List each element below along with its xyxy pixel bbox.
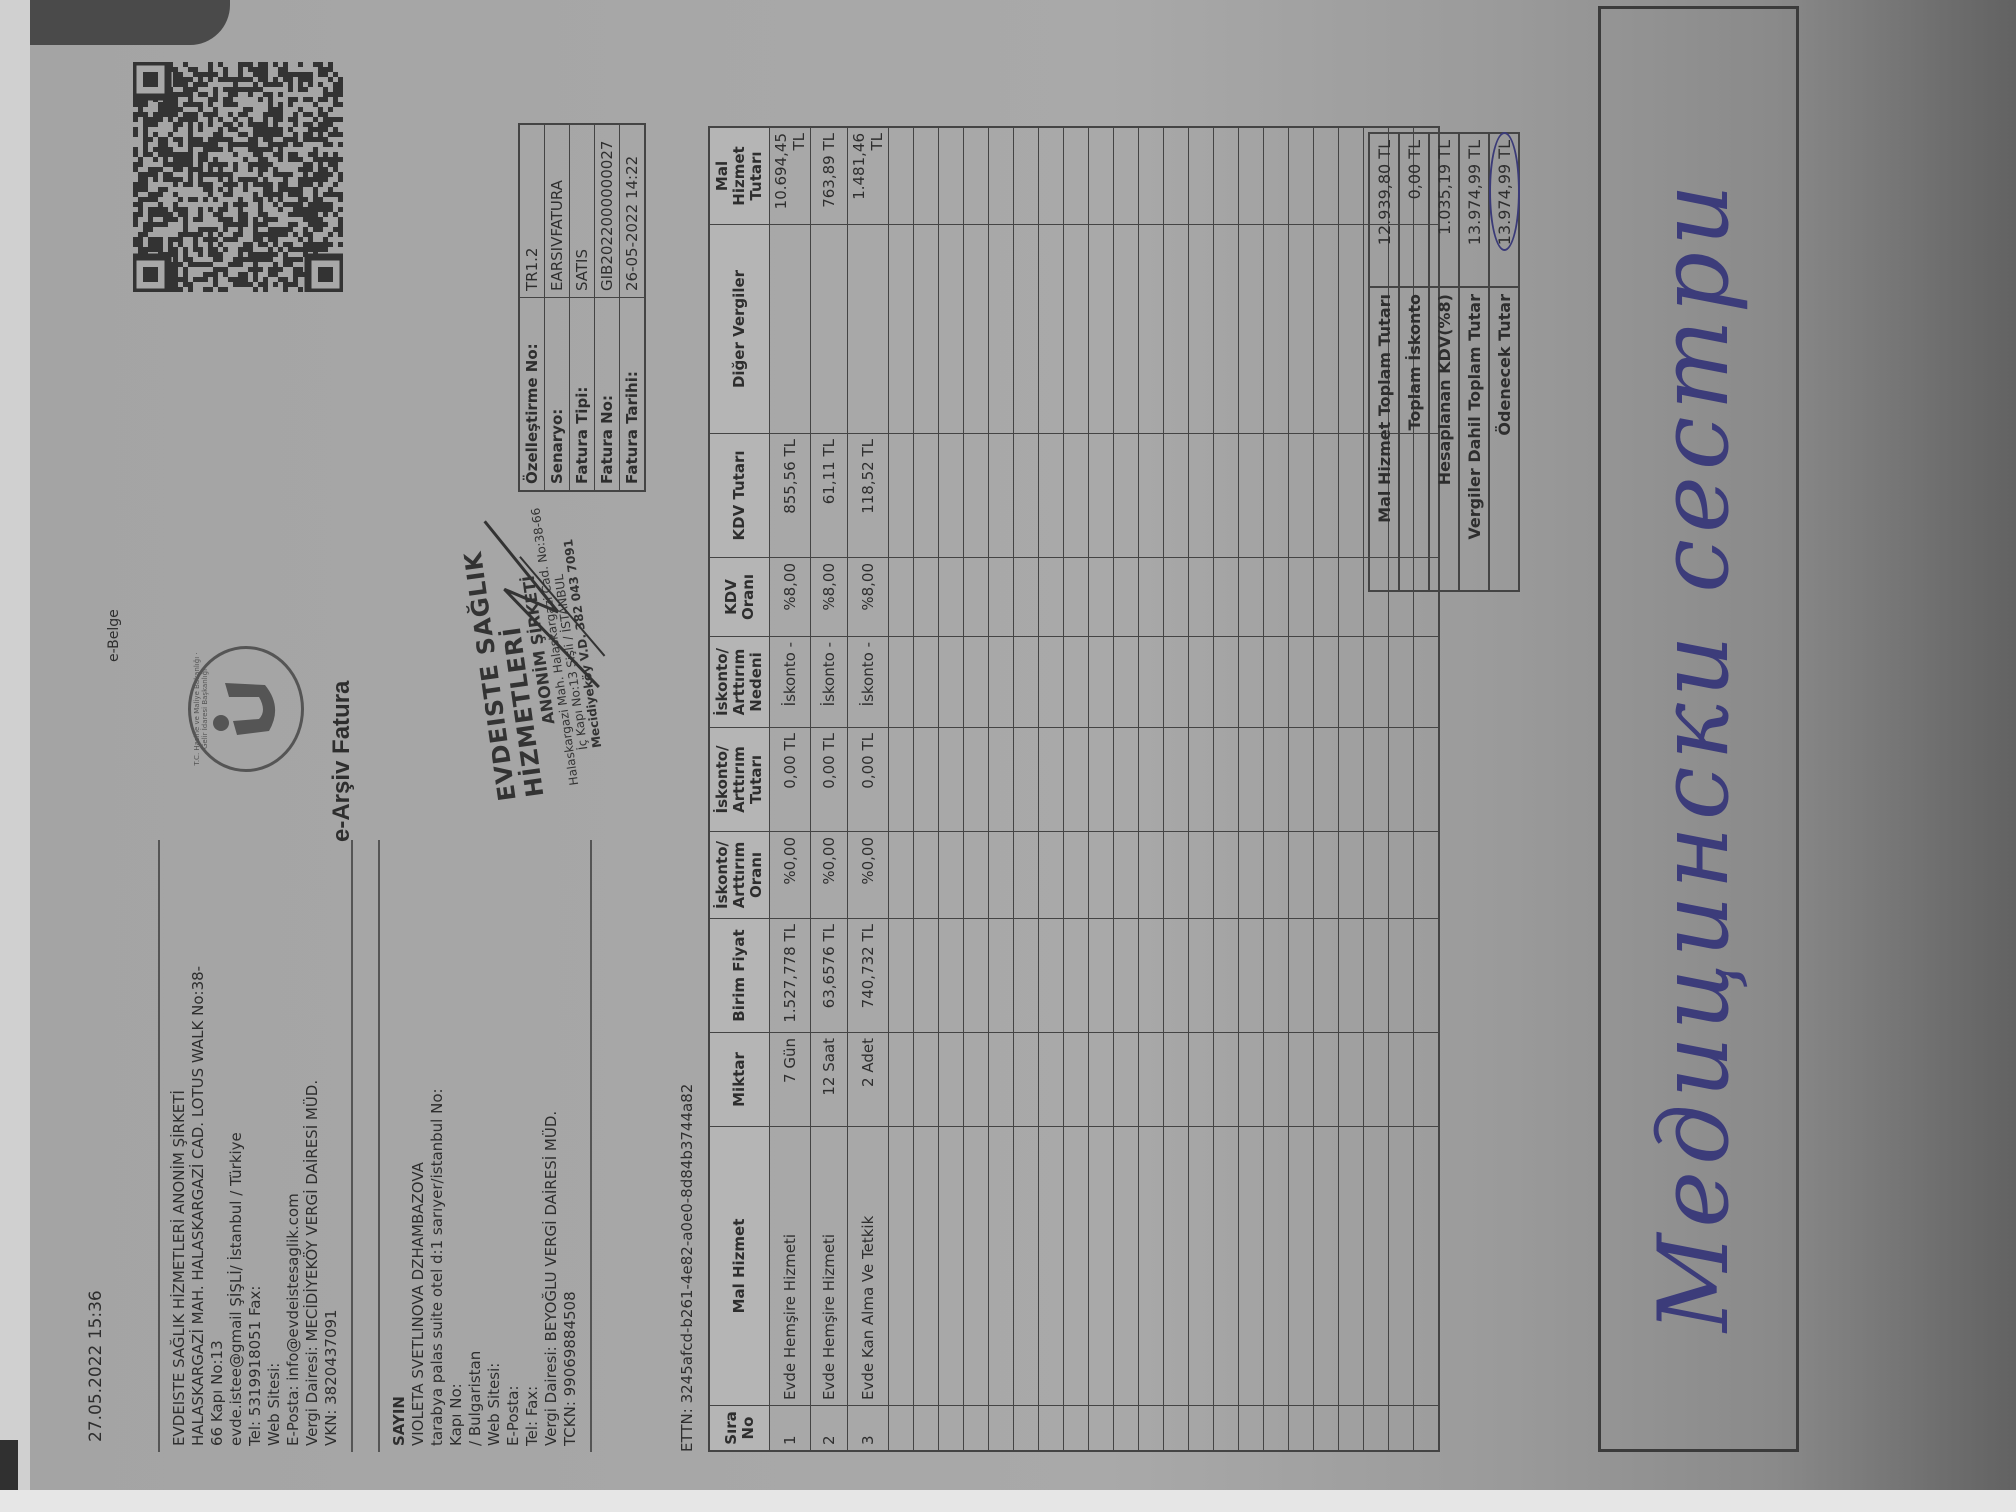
empty-cell [889,637,914,728]
empty-cell [989,225,1014,434]
totals-value: 1.035,19 TL [1429,133,1459,287]
empty-cell [1139,728,1164,832]
empty-cell [1414,832,1440,919]
empty-cell [1364,1406,1389,1452]
empty-cell [1014,1033,1039,1127]
empty-row [1314,127,1339,1451]
empty-cell [939,919,964,1033]
empty-cell [939,1127,964,1406]
empty-cell [1339,1406,1364,1452]
buyer-line: VIOLETA SVETLINOVA DZHAMBAZOVA [409,846,428,1446]
empty-row [989,127,1014,1451]
table-row: 2Evde Hemşire Hizmeti12 Saat63,6576 TL%0… [811,127,848,1451]
empty-cell [989,434,1014,558]
empty-cell [1364,1127,1389,1406]
totals-row: Mal Hizmet Toplam Tutarı12.939,80 TL [1369,133,1399,591]
col-miktar: Miktar [709,1033,770,1127]
qr-code-icon [133,62,343,292]
cell-iskonto-orani: %0,00 [848,832,889,919]
meta-value: EARSIVFATURA [545,124,570,298]
cell-miktar: 12 Saat [811,1033,848,1127]
empty-cell [964,127,989,225]
empty-cell [1239,434,1264,558]
empty-cell [1239,832,1264,919]
amount: 12.939,80 TL [1375,140,1394,245]
empty-cell [1214,1406,1239,1452]
empty-cell [1189,1033,1214,1127]
cell-birim-fiyat: 63,6576 TL [811,919,848,1033]
buyer-line: / Bulgaristan [466,846,485,1446]
seller-line: VKN: 3820437091 [322,846,341,1446]
seller-line: Web Sitesi: [265,846,284,1446]
totals-row: Vergiler Dahil Toplam Tutar13.974,99 TL [1459,133,1489,591]
seller-line: E-Posta: info@evdeistesaglik.com [284,846,303,1446]
cell-diger-vergiler [770,225,811,434]
empty-cell [1164,434,1189,558]
empty-cell [1364,1033,1389,1127]
empty-cell [1139,1406,1164,1452]
empty-cell [1014,637,1039,728]
empty-cell [1114,434,1139,558]
empty-cell [964,728,989,832]
cell-iskonto-nedeni: İskonto - [770,637,811,728]
empty-cell [1164,728,1189,832]
empty-cell [1414,1406,1440,1452]
empty-cell [1164,1127,1189,1406]
empty-cell [939,127,964,225]
seller-line: 66 Kapı No:13 [208,846,227,1446]
empty-cell [1289,1033,1314,1127]
empty-cell [1339,1033,1364,1127]
empty-cell [1214,127,1239,225]
empty-cell [1039,832,1064,919]
empty-cell [1189,919,1214,1033]
empty-cell [1189,1406,1214,1452]
empty-cell [1039,1127,1064,1406]
empty-cell [1189,1127,1214,1406]
logo-ring-text: T.C. Hazine ve Maliye Bakanlığı · Gelir … [193,649,209,769]
empty-cell [1264,225,1289,434]
empty-cell [1114,832,1139,919]
empty-cell [1389,919,1414,1033]
empty-cell [1089,434,1114,558]
meta-label: Fatura Tipi: [570,298,595,492]
empty-cell [1114,1406,1139,1452]
empty-cell [1014,225,1039,434]
empty-cell [1239,225,1264,434]
empty-row [1014,127,1039,1451]
empty-cell [1339,1127,1364,1406]
empty-cell [1089,832,1114,919]
empty-cell [1064,558,1089,637]
totals-label: Mal Hizmet Toplam Tutarı [1369,287,1399,591]
seller-line: HALASKARGAZİ MAH. HALASKARGAZİ CAD. LOTU… [189,846,208,1446]
totals-label: Toplam İskonto [1399,287,1429,591]
cell-iskonto-tutari: 0,00 TL [848,728,889,832]
buyer-line: Tel: Fax: [523,846,542,1446]
seller-info: EVDEISTE SAĞLIK HİZMETLERİ ANONİM ŞİRKET… [158,840,353,1452]
empty-cell [889,832,914,919]
empty-cell [989,1127,1014,1406]
amount: 1.035,19 TL [1435,140,1454,235]
empty-cell [1014,1127,1039,1406]
empty-row [1214,127,1239,1451]
empty-cell [1064,1127,1089,1406]
col-kdv-orani: KDV Oranı [709,558,770,637]
items-table: Sıra No Mal Hizmet Miktar Birim Fiyat İs… [708,126,1440,1452]
empty-cell [1364,728,1389,832]
empty-cell [1239,637,1264,728]
empty-cell [1064,637,1089,728]
empty-cell [1039,637,1064,728]
empty-row [914,127,939,1451]
empty-cell [1039,1406,1064,1452]
empty-cell [1314,127,1339,225]
empty-cell [1064,832,1089,919]
empty-cell [1089,558,1114,637]
cell-miktar: 7 Gün [770,1033,811,1127]
empty-cell [1039,558,1064,637]
empty-cell [1039,225,1064,434]
empty-cell [1239,558,1264,637]
cell-kdv-orani: %8,00 [811,558,848,637]
empty-cell [1139,127,1164,225]
empty-cell [1014,832,1039,919]
meta-label: Fatura No: [595,298,620,492]
buyer-info: SAYIN VIOLETA SVETLINOVA DZHAMBAZOVAtara… [378,840,592,1452]
empty-row [1114,127,1139,1451]
scan-margin-bottom [0,1490,2016,1512]
empty-cell [1339,127,1364,225]
empty-cell [1164,1406,1189,1452]
empty-cell [1039,919,1064,1033]
meta-row: Fatura No:GIB2022000000027 [595,124,620,491]
col-diger-vergiler: Diğer Vergiler [709,225,770,434]
meta-value: 26-05-2022 14:22 [620,124,646,298]
empty-cell [964,919,989,1033]
shadow-edge [0,1440,18,1490]
empty-cell [889,1127,914,1406]
empty-cell [989,919,1014,1033]
empty-cell [1114,728,1139,832]
empty-cell [1139,434,1164,558]
totals-label: Hesaplanan KDV(%8) [1429,287,1459,591]
col-iskonto-tutari: İskonto/ Arttırım Tutarı [709,728,770,832]
empty-cell [1289,832,1314,919]
empty-row [1339,127,1364,1451]
cell-iskonto-nedeni: İskonto - [811,637,848,728]
table-row: 3Evde Kan Alma Ve Tetkik2 Adet740,732 TL… [848,127,889,1451]
empty-row [964,127,989,1451]
empty-cell [989,832,1014,919]
empty-cell [939,434,964,558]
empty-cell [1314,434,1339,558]
totals-table: Mal Hizmet Toplam Tutarı12.939,80 TLTopl… [1368,132,1520,592]
empty-cell [889,558,914,637]
invoice-page: 27.05.2022 15:36 e-Belge EVDEISTE SAĞLIK… [38,2,1998,1492]
empty-cell [1264,127,1289,225]
empty-cell [1364,637,1389,728]
empty-cell [914,832,939,919]
empty-cell [1389,1033,1414,1127]
empty-cell [1014,1406,1039,1452]
empty-cell [1189,127,1214,225]
meta-label: Fatura Tarihi: [620,298,646,492]
gib-glyph-icon [209,681,279,741]
empty-cell [1364,832,1389,919]
empty-cell [1314,728,1339,832]
empty-cell [1389,832,1414,919]
empty-cell [1164,637,1189,728]
empty-cell [1064,1406,1089,1452]
empty-cell [1014,919,1039,1033]
empty-cell [1189,558,1214,637]
empty-cell [1214,434,1239,558]
empty-cell [964,832,989,919]
empty-cell [914,728,939,832]
empty-cell [1139,558,1164,637]
meta-row: Fatura Tipi:SATIS [570,124,595,491]
cell-sira: 3 [848,1406,889,1452]
document-title: e-Arşiv Fatura [328,681,356,842]
empty-cell [914,637,939,728]
empty-cell [989,558,1014,637]
buyer-line: E-Posta: [504,846,523,1446]
empty-cell [914,127,939,225]
empty-cell [1339,728,1364,832]
empty-cell [1089,1127,1114,1406]
empty-cell [889,1406,914,1452]
empty-cell [1139,1033,1164,1127]
empty-cell [1189,832,1214,919]
cell-mal-hizmet: Evde Hemşire Hizmeti [811,1127,848,1406]
totals-value: 13.974,99 TL [1489,133,1519,287]
empty-cell [1214,558,1239,637]
col-kdv-tutari: KDV Tutarı [709,434,770,558]
empty-cell [1214,919,1239,1033]
empty-cell [1339,225,1364,434]
cell-mal-hizmet-tutari: 763,89 TL [811,127,848,225]
empty-cell [914,558,939,637]
empty-cell [1264,832,1289,919]
empty-row [1089,127,1114,1451]
empty-cell [1264,434,1289,558]
empty-cell [1264,637,1289,728]
empty-cell [1389,728,1414,832]
empty-cell [1114,558,1139,637]
empty-cell [1414,637,1440,728]
empty-cell [1239,1406,1264,1452]
empty-cell [1314,1406,1339,1452]
empty-cell [1339,558,1364,637]
empty-row [1064,127,1089,1451]
empty-cell [1064,1033,1089,1127]
cell-iskonto-orani: %0,00 [811,832,848,919]
empty-cell [1089,1406,1114,1452]
empty-cell [939,225,964,434]
empty-cell [914,225,939,434]
empty-cell [1214,1033,1239,1127]
buyer-line: Vergi Dairesi: BEYOĞLU VERGİ DAİRESİ MÜD… [542,846,561,1446]
empty-cell [1289,558,1314,637]
empty-cell [1389,637,1414,728]
totals-value: 0,00 TL [1399,133,1429,287]
empty-cell [1239,127,1264,225]
cell-iskonto-tutari: 0,00 TL [770,728,811,832]
empty-cell [1064,728,1089,832]
empty-cell [1214,832,1239,919]
col-mal-hizmet-tutari: Mal Hizmet Tutarı [709,127,770,225]
empty-cell [1014,434,1039,558]
totals-label: Ödenecek Tutar [1489,287,1519,591]
empty-cell [1314,225,1339,434]
totals-row: Toplam İskonto0,00 TL [1399,133,1429,591]
ettn: ETTN: 3245afcd-b261-4e82-a0e0-8d84b3744a… [678,1084,696,1452]
empty-cell [1339,434,1364,558]
empty-cell [1139,832,1164,919]
cell-iskonto-nedeni: İskonto - [848,637,889,728]
empty-cell [1139,637,1164,728]
empty-cell [1014,558,1039,637]
empty-cell [1239,1033,1264,1127]
empty-cell [964,1406,989,1452]
empty-cell [889,1033,914,1127]
empty-cell [1214,1127,1239,1406]
empty-cell [1289,919,1314,1033]
handwritten-note: Медицински сестри [1638,178,1750,1332]
table-row: 1Evde Hemşire Hizmeti7 Gün1.527,778 TL%0… [770,127,811,1451]
empty-cell [1314,832,1339,919]
empty-cell [1014,728,1039,832]
empty-cell [1289,225,1314,434]
empty-cell [1064,919,1089,1033]
empty-cell [1289,127,1314,225]
seller-line: Vergi Dairesi: MECİDİYEKÖY VERGİ DAİRESİ… [303,846,322,1446]
empty-cell [1039,728,1064,832]
col-mal-hizmet: Mal Hizmet [709,1127,770,1406]
print-timestamp: 27.05.2022 15:36 [86,1290,106,1442]
empty-cell [1164,832,1189,919]
empty-cell [964,434,989,558]
totals-row: Hesaplanan KDV(%8)1.035,19 TL [1429,133,1459,591]
empty-cell [914,434,939,558]
empty-cell [1189,637,1214,728]
empty-cell [1389,1127,1414,1406]
empty-cell [1289,434,1314,558]
empty-cell [889,127,914,225]
empty-cell [1039,1033,1064,1127]
meta-row: Fatura Tarihi:26-05-2022 14:22 [620,124,646,491]
empty-cell [939,832,964,919]
amount: 13.974,99 TL [1465,140,1484,245]
empty-cell [1014,127,1039,225]
empty-cell [889,225,914,434]
empty-row [1239,127,1264,1451]
empty-row [1189,127,1214,1451]
empty-cell [989,637,1014,728]
empty-cell [1264,728,1289,832]
empty-cell [989,127,1014,225]
totals-label: Vergiler Dahil Toplam Tutar [1459,287,1489,591]
empty-cell [914,919,939,1033]
empty-cell [1189,728,1214,832]
empty-cell [1039,434,1064,558]
cell-kdv-orani: %8,00 [848,558,889,637]
empty-cell [939,728,964,832]
empty-cell [1114,1127,1139,1406]
meta-value: TR1.2 [519,124,545,298]
empty-cell [1064,434,1089,558]
empty-cell [939,1033,964,1127]
empty-cell [1114,127,1139,225]
empty-cell [889,434,914,558]
empty-cell [1164,1033,1189,1127]
empty-cell [1214,728,1239,832]
cell-sira: 2 [811,1406,848,1452]
empty-cell [964,1127,989,1406]
empty-cell [964,1033,989,1127]
invoice-meta-table: Özelleştirme No:TR1.2Senaryo:EARSIVFATUR… [518,123,646,492]
empty-cell [1164,919,1189,1033]
cell-diger-vergiler [848,225,889,434]
empty-cell [1139,919,1164,1033]
empty-cell [1289,1406,1314,1452]
empty-cell [1264,1033,1289,1127]
empty-cell [939,637,964,728]
buyer-line: TCKN: 99069884508 [561,846,580,1446]
empty-cell [1364,919,1389,1033]
empty-cell [1089,919,1114,1033]
empty-cell [1089,1033,1114,1127]
empty-cell [1039,127,1064,225]
empty-row [1039,127,1064,1451]
cell-mal-hizmet: Evde Kan Alma Ve Tetkik [848,1127,889,1406]
empty-cell [1089,225,1114,434]
buyer-line: Kapı No: [447,846,466,1446]
empty-cell [1214,225,1239,434]
circled-amount: 13.974,99 TL [1495,140,1514,245]
empty-cell [1314,919,1339,1033]
empty-cell [1239,1127,1264,1406]
empty-cell [889,728,914,832]
empty-cell [889,919,914,1033]
empty-cell [1189,225,1214,434]
seller-line: evde.istee@gmail ŞİŞLİ/ İstanbul / Türki… [227,846,246,1446]
meta-row: Senaryo:EARSIVFATURA [545,124,570,491]
empty-cell [1314,558,1339,637]
buyer-heading: SAYIN [390,846,409,1446]
empty-cell [1164,127,1189,225]
col-iskonto-orani: İskonto/ Arttırım Oranı [709,832,770,919]
buyer-line: Web Sitesi: [485,846,504,1446]
cell-birim-fiyat: 1.527,778 TL [770,919,811,1033]
empty-cell [1314,637,1339,728]
empty-cell [1314,1127,1339,1406]
empty-cell [1239,919,1264,1033]
empty-cell [939,558,964,637]
cell-kdv-tutari: 855,56 TL [770,434,811,558]
empty-cell [1339,919,1364,1033]
seller-line: Tel: 5319918051 Fax: [246,846,265,1446]
totals-row: Ödenecek Tutar13.974,99 TL [1489,133,1519,591]
cell-miktar: 2 Adet [848,1033,889,1127]
empty-cell [1339,637,1364,728]
empty-cell [1314,1033,1339,1127]
empty-cell [1239,728,1264,832]
empty-cell [1339,832,1364,919]
empty-cell [964,637,989,728]
empty-cell [1089,127,1114,225]
